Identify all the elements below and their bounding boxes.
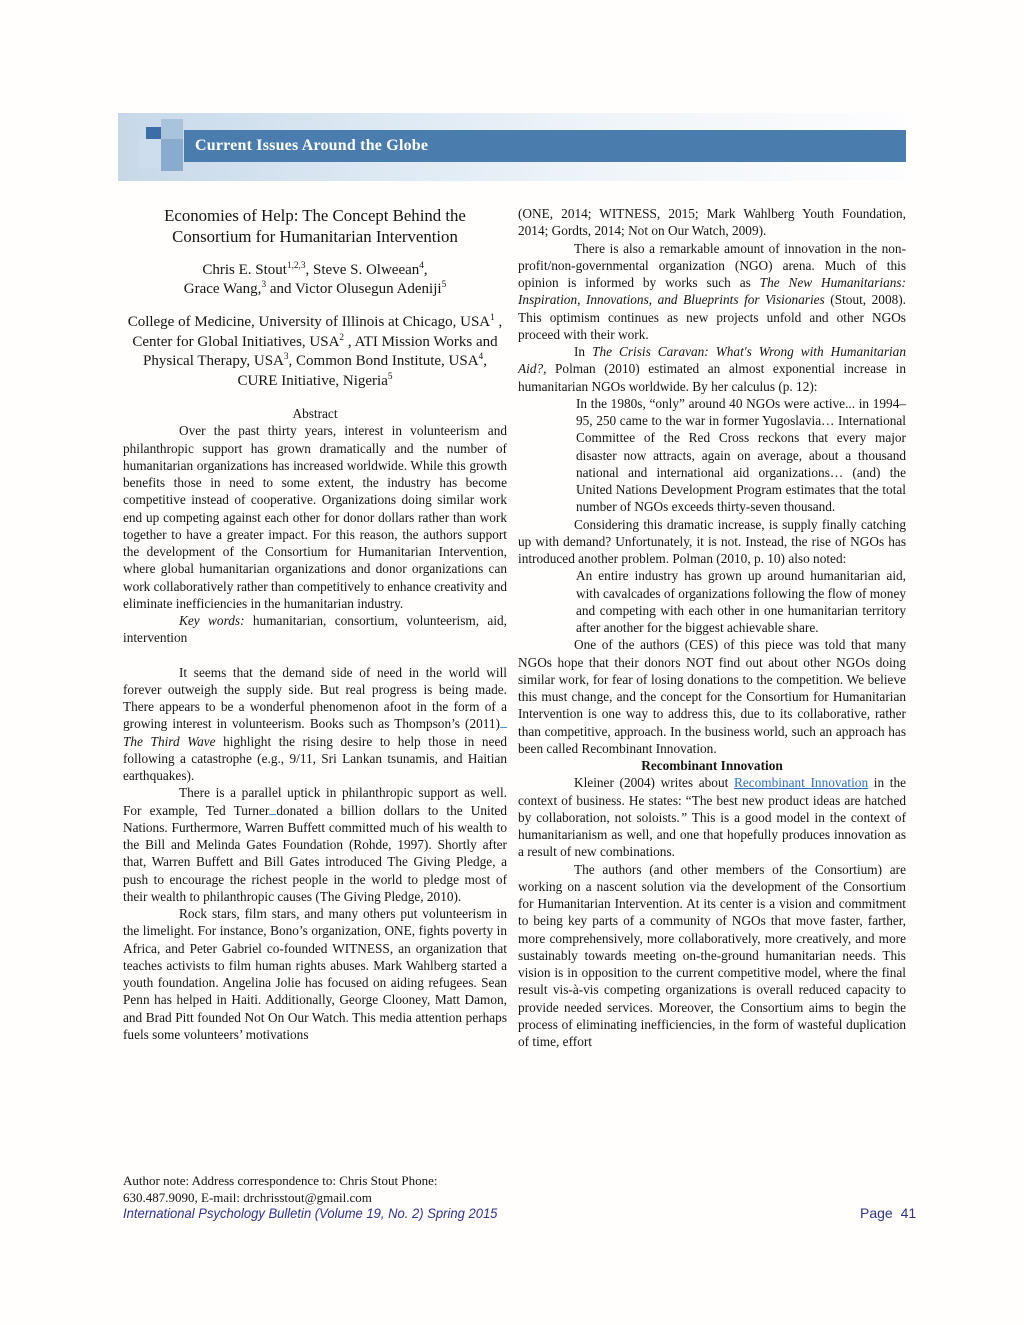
left-column-body: Over the past thirty years, interest in … xyxy=(123,422,507,1043)
abstract-heading: Abstract xyxy=(123,405,507,422)
author-note: Author note: Address correspondence to: … xyxy=(123,1173,515,1206)
text-run: The authors (and other members of the Co… xyxy=(518,862,906,1050)
superscript: 5 xyxy=(442,280,447,290)
paragraph: Considering this dramatic increase, is s… xyxy=(518,516,906,568)
text-run: , Steve S. Olweean xyxy=(306,262,420,278)
paragraph: The authors (and other members of the Co… xyxy=(518,861,906,1051)
text-run: In xyxy=(574,344,592,359)
decor-square-icon xyxy=(139,139,161,168)
keywords-line: Key words: humanitarian, consortium, vol… xyxy=(123,612,507,647)
text-run: An entire industry has grown up around h… xyxy=(576,568,906,635)
superscript: 1,2,3 xyxy=(287,261,306,271)
text-run: The Third Wave xyxy=(123,734,216,749)
text-run: ” xyxy=(680,810,687,825)
text-run: , Common Bond Institute, USA xyxy=(289,353,479,369)
text-run: Key words: xyxy=(179,613,245,628)
text-run: Grace Wang, xyxy=(184,281,262,297)
footer-journal-line: International Psychology Bulletin (Volum… xyxy=(123,1205,497,1221)
text-run: Considering this dramatic increase, is s… xyxy=(518,517,906,567)
banner-title: Current Issues Around the Globe xyxy=(184,130,906,162)
text-run: and Victor Olusegun Adeniji xyxy=(266,281,441,297)
text-run: One of the authors (CES) of this piece w… xyxy=(518,637,906,756)
recombinant-innovation-link[interactable]: Recombinant Innovation xyxy=(734,775,868,790)
column-left: Economies of Help: The Concept Behind th… xyxy=(123,205,507,1043)
paragraph: There is a parallel uptick in philanthro… xyxy=(123,784,507,905)
paragraph: There is also a remarkable amount of inn… xyxy=(518,240,906,344)
authors-line: Chris E. Stout1,2,3, Steve S. Olweean4,G… xyxy=(123,261,507,299)
annotation-underline-mark xyxy=(500,716,507,728)
paragraph: Rock stars, film stars, and many others … xyxy=(123,905,507,1043)
text-run: (ONE, 2014; WITNESS, 2015; Mark Wahlberg… xyxy=(518,206,906,238)
affiliation-line: College of Medicine, University of Illin… xyxy=(123,313,507,391)
right-column-body: (ONE, 2014; WITNESS, 2015; Mark Wahlberg… xyxy=(518,205,906,1050)
section-heading-recombinant-innovation: Recombinant Innovation xyxy=(518,757,906,774)
text-run: Chris E. Stout xyxy=(202,262,287,278)
paragraph: In The Crisis Caravan: What's Wrong with… xyxy=(518,343,906,395)
text-run: Rock stars, film stars, and many others … xyxy=(123,906,507,1042)
text-run: , xyxy=(424,262,428,278)
section-banner: Current Issues Around the Globe xyxy=(184,130,906,162)
block-quote: An entire industry has grown up around h… xyxy=(576,567,906,636)
footer-page-number: Page 41 xyxy=(860,1205,916,1221)
column-right: (ONE, 2014; WITNESS, 2015; Mark Wahlberg… xyxy=(518,205,906,1050)
article-title: Economies of Help: The Concept Behind th… xyxy=(123,205,507,247)
text-run: It seems that the demand side of need in… xyxy=(123,665,507,732)
text-run: In the 1980s, “only” around 40 NGOs were… xyxy=(576,396,906,515)
paragraph: One of the authors (CES) of this piece w… xyxy=(518,636,906,757)
journal-page: Current Issues Around the Globe Economie… xyxy=(0,0,1024,1325)
paragraph: Kleiner (2004) writes about Recombinant … xyxy=(518,774,906,860)
decor-square-icon xyxy=(146,127,161,139)
text-run: College of Medicine, University of Illin… xyxy=(128,314,490,330)
text-run: Recombinant Innovation xyxy=(641,758,783,773)
paragraph: (ONE, 2014; WITNESS, 2015; Mark Wahlberg… xyxy=(518,205,906,240)
superscript: 5 xyxy=(388,372,393,382)
block-quote: In the 1980s, “only” around 40 NGOs were… xyxy=(576,395,906,516)
text-run: Over the past thirty years, interest in … xyxy=(123,423,507,611)
text-run: Kleiner (2004) writes about xyxy=(574,775,734,790)
decor-square-icon xyxy=(161,139,183,171)
paragraph: It seems that the demand side of need in… xyxy=(123,664,507,785)
text-run: , Polman (2010) estimated an almost expo… xyxy=(518,361,906,393)
abstract-paragraph: Over the past thirty years, interest in … xyxy=(123,422,507,612)
